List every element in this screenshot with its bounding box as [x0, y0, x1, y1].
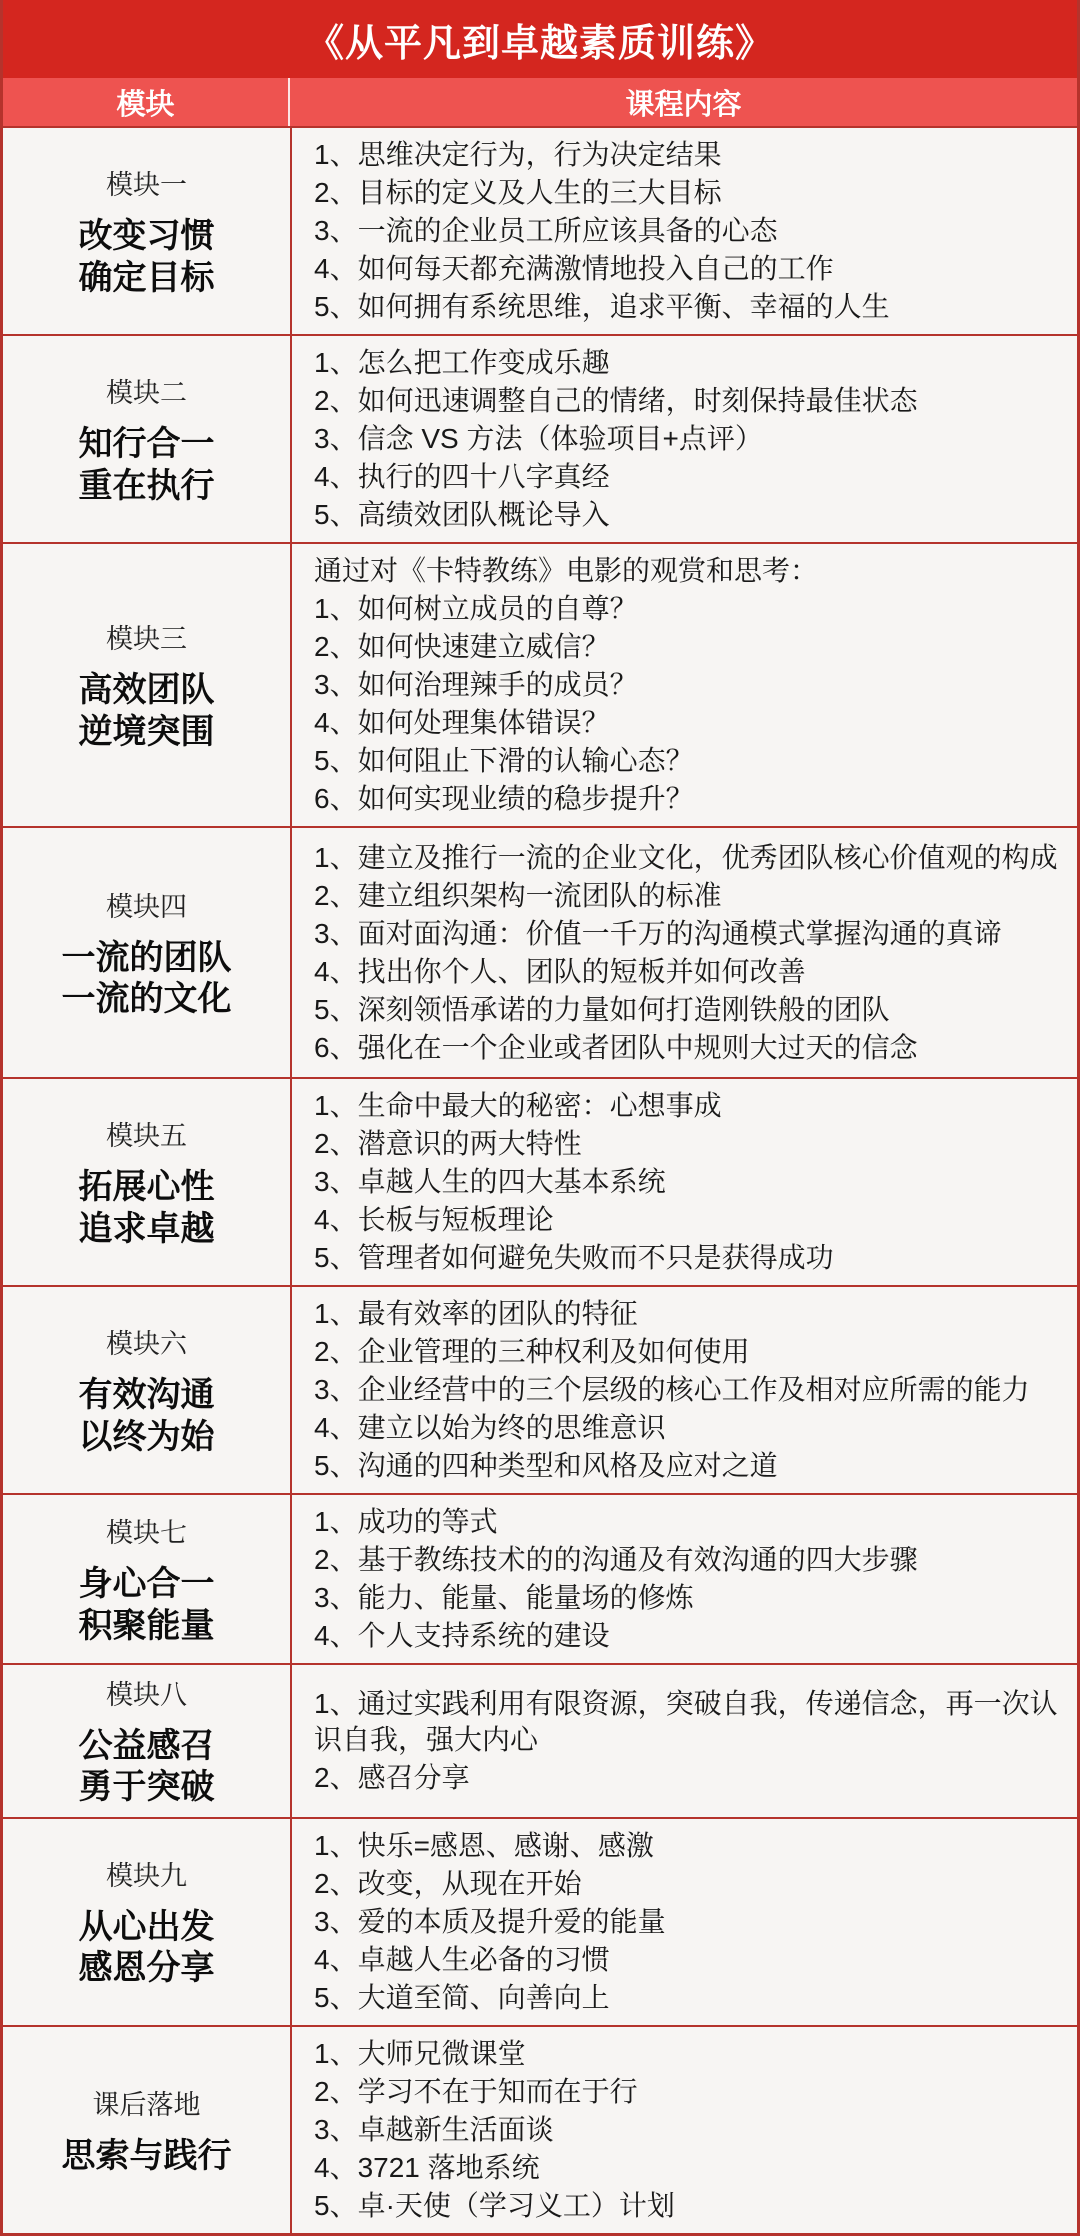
course-item: 3、爱的本质及提升爱的能量	[314, 1904, 1063, 1940]
course-item: 1、思维决定行为，行为决定结果	[314, 137, 1063, 173]
course-item: 6、强化在一个企业或者团队中规则大过天的信念	[314, 1030, 1063, 1066]
module-cell: 模块八 公益感召 勇于突破	[3, 1665, 290, 1817]
content-cell: 1、怎么把工作变成乐趣2、如何迅速调整自己的情绪，时刻保持最佳状态3、信念 VS…	[290, 336, 1077, 542]
module-cell: 模块五 拓展心性 追求卓越	[3, 1079, 290, 1285]
course-item: 5、沟通的四种类型和风格及应对之道	[314, 1448, 1063, 1484]
course-item: 2、改变，从现在开始	[314, 1866, 1063, 1902]
course-item: 5、如何阻止下滑的认输心态？	[314, 743, 1063, 779]
course-item: 1、大师兄微课堂	[314, 2036, 1063, 2072]
course-item: 2、学习不在于知而在于行	[314, 2074, 1063, 2110]
course-item: 4、个人支持系统的建设	[314, 1618, 1063, 1654]
table-row: 模块六 有效沟通 以终为始 1、最有效率的团队的特征2、企业管理的三种权利及如何…	[3, 1285, 1077, 1493]
course-item: 1、成功的等式	[314, 1504, 1063, 1540]
module-cell: 模块九 从心出发 感恩分享	[3, 1819, 290, 2025]
course-item: 2、潜意识的两大特性	[314, 1126, 1063, 1162]
course-item: 3、卓越新生活面谈	[314, 2112, 1063, 2148]
course-item: 2、感召分享	[314, 1760, 1063, 1796]
course-item: 4、如何处理集体错误？	[314, 705, 1063, 741]
course-item: 3、企业经营中的三个层级的核心工作及相对应所需的能力	[314, 1372, 1063, 1408]
module-cell: 模块四 一流的团队 一流的文化	[3, 828, 290, 1077]
content-cell: 1、成功的等式2、基于教练技术的的沟通及有效沟通的四大步骤3、能力、能量、能量场…	[290, 1495, 1077, 1663]
table-body: 模块一 改变习惯 确定目标 1、思维决定行为，行为决定结果2、目标的定义及人生的…	[3, 126, 1077, 2233]
module-number: 模块五	[106, 1114, 187, 1153]
module-title: 从心出发 感恩分享	[79, 1907, 215, 1990]
content-cell: 1、思维决定行为，行为决定结果2、目标的定义及人生的三大目标3、一流的企业员工所…	[290, 128, 1077, 334]
course-item: 4、卓越人生必备的习惯	[314, 1942, 1063, 1978]
course-item: 1、怎么把工作变成乐趣	[314, 345, 1063, 381]
course-item: 4、建立以始为终的思维意识	[314, 1410, 1063, 1446]
course-item: 6、如何实现业绩的稳步提升？	[314, 781, 1063, 817]
content-cell: 1、大师兄微课堂2、学习不在于知而在于行3、卓越新生活面谈4、3721 落地系统…	[290, 2027, 1077, 2233]
module-title: 改变习惯 确定目标	[79, 216, 215, 299]
course-item: 4、长板与短板理论	[314, 1202, 1063, 1238]
course-item: 4、执行的四十八字真经	[314, 459, 1063, 495]
table-row: 模块二 知行合一 重在执行 1、怎么把工作变成乐趣2、如何迅速调整自己的情绪，时…	[3, 334, 1077, 542]
course-item: 3、如何治理辣手的成员？	[314, 667, 1063, 703]
course-item: 2、基于教练技术的的沟通及有效沟通的四大步骤	[314, 1542, 1063, 1578]
module-cell: 模块二 知行合一 重在执行	[3, 336, 290, 542]
content-cell: 1、生命中最大的秘密：心想事成2、潜意识的两大特性3、卓越人生的四大基本系统4、…	[290, 1079, 1077, 1285]
course-item: 5、如何拥有系统思维，追求平衡、幸福的人生	[314, 289, 1063, 325]
module-number: 模块七	[106, 1511, 187, 1550]
module-title: 一流的团队 一流的文化	[62, 938, 232, 1021]
course-item: 3、一流的企业员工所应该具备的心态	[314, 213, 1063, 249]
module-title: 公益感召 勇于突破	[79, 1726, 215, 1809]
course-item: 4、找出你个人、团队的短板并如何改善	[314, 954, 1063, 990]
course-item: 1、生命中最大的秘密：心想事成	[314, 1088, 1063, 1124]
course-item: 3、信念 VS 方法（体验项目+点评）	[314, 421, 1063, 457]
table-row: 模块一 改变习惯 确定目标 1、思维决定行为，行为决定结果2、目标的定义及人生的…	[3, 126, 1077, 334]
course-item: 5、卓·天使（学习义工）计划	[314, 2188, 1063, 2224]
module-title: 高效团队 逆境突围	[79, 670, 215, 753]
table-row: 模块三 高效团队 逆境突围 通过对《卡特教练》电影的观赏和思考：1、如何树立成员…	[3, 542, 1077, 826]
table-row: 课后落地 思索与践行 1、大师兄微课堂2、学习不在于知而在于行3、卓越新生活面谈…	[3, 2025, 1077, 2233]
course-item: 2、如何快速建立威信？	[314, 629, 1063, 665]
module-title: 拓展心性 追求卓越	[79, 1167, 215, 1250]
course-item: 2、企业管理的三种权利及如何使用	[314, 1334, 1063, 1370]
course-item: 3、面对面沟通：价值一千万的沟通模式掌握沟通的真谛	[314, 916, 1063, 952]
module-cell: 模块一 改变习惯 确定目标	[3, 128, 290, 334]
table-row: 模块九 从心出发 感恩分享 1、快乐=感恩、感谢、感激2、改变，从现在开始3、爱…	[3, 1817, 1077, 2025]
module-cell: 模块六 有效沟通 以终为始	[3, 1287, 290, 1493]
course-table: 《从平凡到卓越素质训练》 模块 课程内容 模块一 改变习惯 确定目标 1、思维决…	[0, 0, 1080, 2236]
column-header-module: 模块	[3, 78, 290, 126]
course-item: 5、高绩效团队概论导入	[314, 497, 1063, 533]
course-item: 1、通过实践利用有限资源，突破自我，传递信念，再一次认识自我，强大内心	[314, 1686, 1063, 1758]
table-header-row: 模块 课程内容	[3, 78, 1077, 126]
table-row: 模块八 公益感召 勇于突破 1、通过实践利用有限资源，突破自我，传递信念，再一次…	[3, 1663, 1077, 1817]
content-cell: 通过对《卡特教练》电影的观赏和思考：1、如何树立成员的自尊？2、如何快速建立威信…	[290, 544, 1077, 826]
course-item: 1、快乐=感恩、感谢、感激	[314, 1828, 1063, 1864]
module-cell: 模块三 高效团队 逆境突围	[3, 544, 290, 826]
content-cell: 1、建立及推行一流的企业文化，优秀团队核心价值观的构成2、建立组织架构一流团队的…	[290, 828, 1077, 1077]
course-item: 4、如何每天都充满激情地投入自己的工作	[314, 251, 1063, 287]
page-title: 《从平凡到卓越素质训练》	[306, 12, 774, 67]
course-item: 3、能力、能量、能量场的修炼	[314, 1580, 1063, 1616]
table-row: 模块四 一流的团队 一流的文化 1、建立及推行一流的企业文化，优秀团队核心价值观…	[3, 826, 1077, 1077]
course-item: 5、大道至简、向善向上	[314, 1980, 1063, 2016]
course-item: 5、管理者如何避免失败而不只是获得成功	[314, 1240, 1063, 1276]
module-number: 模块六	[106, 1322, 187, 1361]
course-item: 2、建立组织架构一流团队的标准	[314, 878, 1063, 914]
content-cell: 1、快乐=感恩、感谢、感激2、改变，从现在开始3、爱的本质及提升爱的能量4、卓越…	[290, 1819, 1077, 2025]
module-number: 模块四	[106, 885, 187, 924]
content-cell: 1、最有效率的团队的特征2、企业管理的三种权利及如何使用3、企业经营中的三个层级…	[290, 1287, 1077, 1493]
module-title: 思索与践行	[62, 2136, 232, 2177]
course-item: 4、3721 落地系统	[314, 2150, 1063, 2186]
course-item: 3、卓越人生的四大基本系统	[314, 1164, 1063, 1200]
module-number: 模块八	[106, 1673, 187, 1712]
column-header-content: 课程内容	[290, 78, 1077, 126]
table-row: 模块七 身心合一 积聚能量 1、成功的等式2、基于教练技术的的沟通及有效沟通的四…	[3, 1493, 1077, 1663]
course-item: 2、目标的定义及人生的三大目标	[314, 175, 1063, 211]
module-number: 模块二	[106, 371, 187, 410]
module-number: 模块九	[106, 1854, 187, 1893]
course-item: 1、最有效率的团队的特征	[314, 1296, 1063, 1332]
table-title-bar: 《从平凡到卓越素质训练》	[3, 0, 1077, 78]
course-item: 2、如何迅速调整自己的情绪，时刻保持最佳状态	[314, 383, 1063, 419]
course-item: 1、建立及推行一流的企业文化，优秀团队核心价值观的构成	[314, 840, 1063, 876]
module-number: 模块一	[106, 163, 187, 202]
module-title: 有效沟通 以终为始	[79, 1375, 215, 1458]
content-cell: 1、通过实践利用有限资源，突破自我，传递信念，再一次认识自我，强大内心2、感召分…	[290, 1665, 1077, 1817]
table-row: 模块五 拓展心性 追求卓越 1、生命中最大的秘密：心想事成2、潜意识的两大特性3…	[3, 1077, 1077, 1285]
module-cell: 课后落地 思索与践行	[3, 2027, 290, 2233]
course-item: 通过对《卡特教练》电影的观赏和思考：	[314, 553, 1063, 589]
course-item: 1、如何树立成员的自尊？	[314, 591, 1063, 627]
module-title: 身心合一 积聚能量	[79, 1564, 215, 1647]
course-item: 5、深刻领悟承诺的力量如何打造刚铁般的团队	[314, 992, 1063, 1028]
module-cell: 模块七 身心合一 积聚能量	[3, 1495, 290, 1663]
module-number: 模块三	[106, 617, 187, 656]
module-number: 课后落地	[93, 2083, 201, 2122]
module-title: 知行合一 重在执行	[79, 424, 215, 507]
